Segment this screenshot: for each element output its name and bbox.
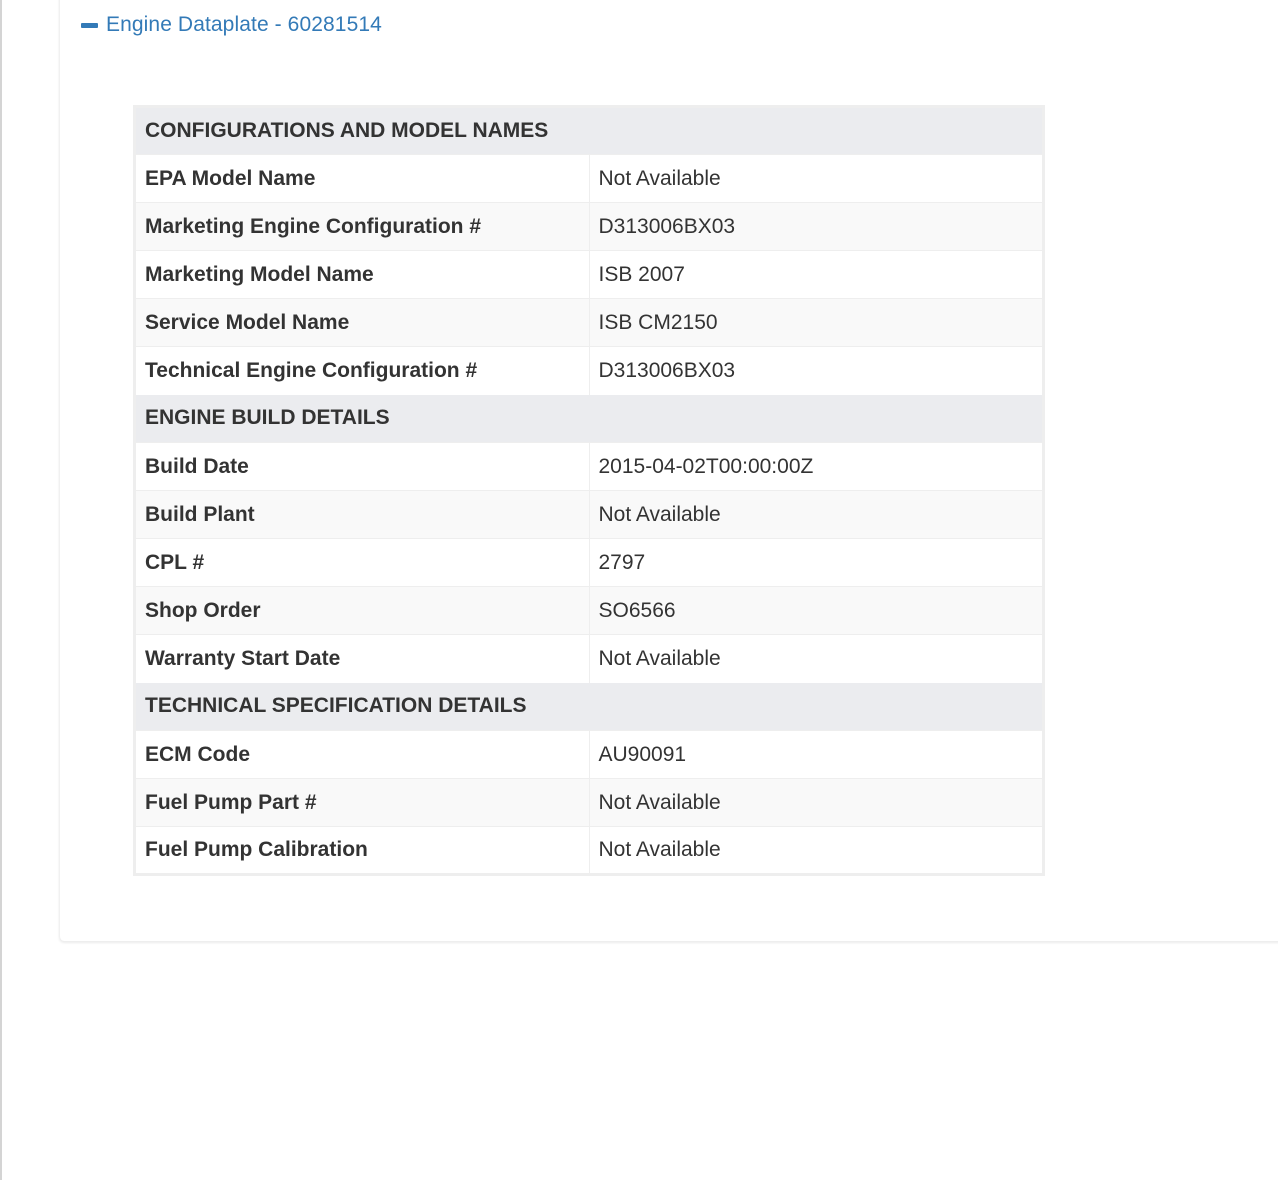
section-title: ENGINE BUILD DETAILS (135, 395, 1044, 443)
table-row: Fuel Pump Calibration Not Available (135, 827, 1044, 875)
dataplate-table-body: CONFIGURATIONS AND MODEL NAMES EPA Model… (135, 107, 1044, 875)
row-value: Not Available (589, 155, 1044, 203)
table-row: Technical Engine Configuration # D313006… (135, 347, 1044, 395)
section-header-row: TECHNICAL SPECIFICATION DETAILS (135, 683, 1044, 731)
row-label: CPL # (135, 539, 590, 587)
row-value: 2015-04-02T00:00:00Z (589, 443, 1044, 491)
row-label: Fuel Pump Calibration (135, 827, 590, 875)
row-label: Marketing Engine Configuration # (135, 203, 590, 251)
row-value: 2797 (589, 539, 1044, 587)
row-value: AU90091 (589, 731, 1044, 779)
section-title: CONFIGURATIONS AND MODEL NAMES (135, 107, 1044, 155)
table-row: EPA Model Name Not Available (135, 155, 1044, 203)
table-row: Build Plant Not Available (135, 491, 1044, 539)
table-row: Build Date 2015-04-02T00:00:00Z (135, 443, 1044, 491)
table-row: Shop Order SO6566 (135, 587, 1044, 635)
row-value: ISB 2007 (589, 251, 1044, 299)
section-header-row: CONFIGURATIONS AND MODEL NAMES (135, 107, 1044, 155)
row-value: Not Available (589, 635, 1044, 683)
table-row: Service Model Name ISB CM2150 (135, 299, 1044, 347)
engine-dataplate-panel: Engine Dataplate - 60281514 CONFIGURATIO… (59, 0, 1278, 941)
dataplate-table: CONFIGURATIONS AND MODEL NAMES EPA Model… (133, 105, 1045, 876)
section-header-row: ENGINE BUILD DETAILS (135, 395, 1044, 443)
row-label: Shop Order (135, 587, 590, 635)
row-label: EPA Model Name (135, 155, 590, 203)
table-row: Marketing Model Name ISB 2007 (135, 251, 1044, 299)
row-label: ECM Code (135, 731, 590, 779)
section-title: TECHNICAL SPECIFICATION DETAILS (135, 683, 1044, 731)
row-label: Warranty Start Date (135, 635, 590, 683)
row-label: Build Plant (135, 491, 590, 539)
table-row: Warranty Start Date Not Available (135, 635, 1044, 683)
table-row: Fuel Pump Part # Not Available (135, 779, 1044, 827)
minus-icon[interactable] (81, 23, 98, 28)
row-value: Not Available (589, 779, 1044, 827)
table-row: ECM Code AU90091 (135, 731, 1044, 779)
row-value: D313006BX03 (589, 203, 1044, 251)
row-value: D313006BX03 (589, 347, 1044, 395)
row-value: Not Available (589, 827, 1044, 875)
page-container: Engine Dataplate - 60281514 CONFIGURATIO… (0, 0, 1278, 1180)
row-value: ISB CM2150 (589, 299, 1044, 347)
engine-dataplate-toggle[interactable]: Engine Dataplate - 60281514 (81, 12, 382, 38)
row-label: Marketing Model Name (135, 251, 590, 299)
table-row: Marketing Engine Configuration # D313006… (135, 203, 1044, 251)
row-label: Technical Engine Configuration # (135, 347, 590, 395)
row-label: Build Date (135, 443, 590, 491)
row-label: Fuel Pump Part # (135, 779, 590, 827)
table-row: CPL # 2797 (135, 539, 1044, 587)
row-value: Not Available (589, 491, 1044, 539)
row-label: Service Model Name (135, 299, 590, 347)
panel-title[interactable]: Engine Dataplate - 60281514 (106, 12, 382, 38)
row-value: SO6566 (589, 587, 1044, 635)
